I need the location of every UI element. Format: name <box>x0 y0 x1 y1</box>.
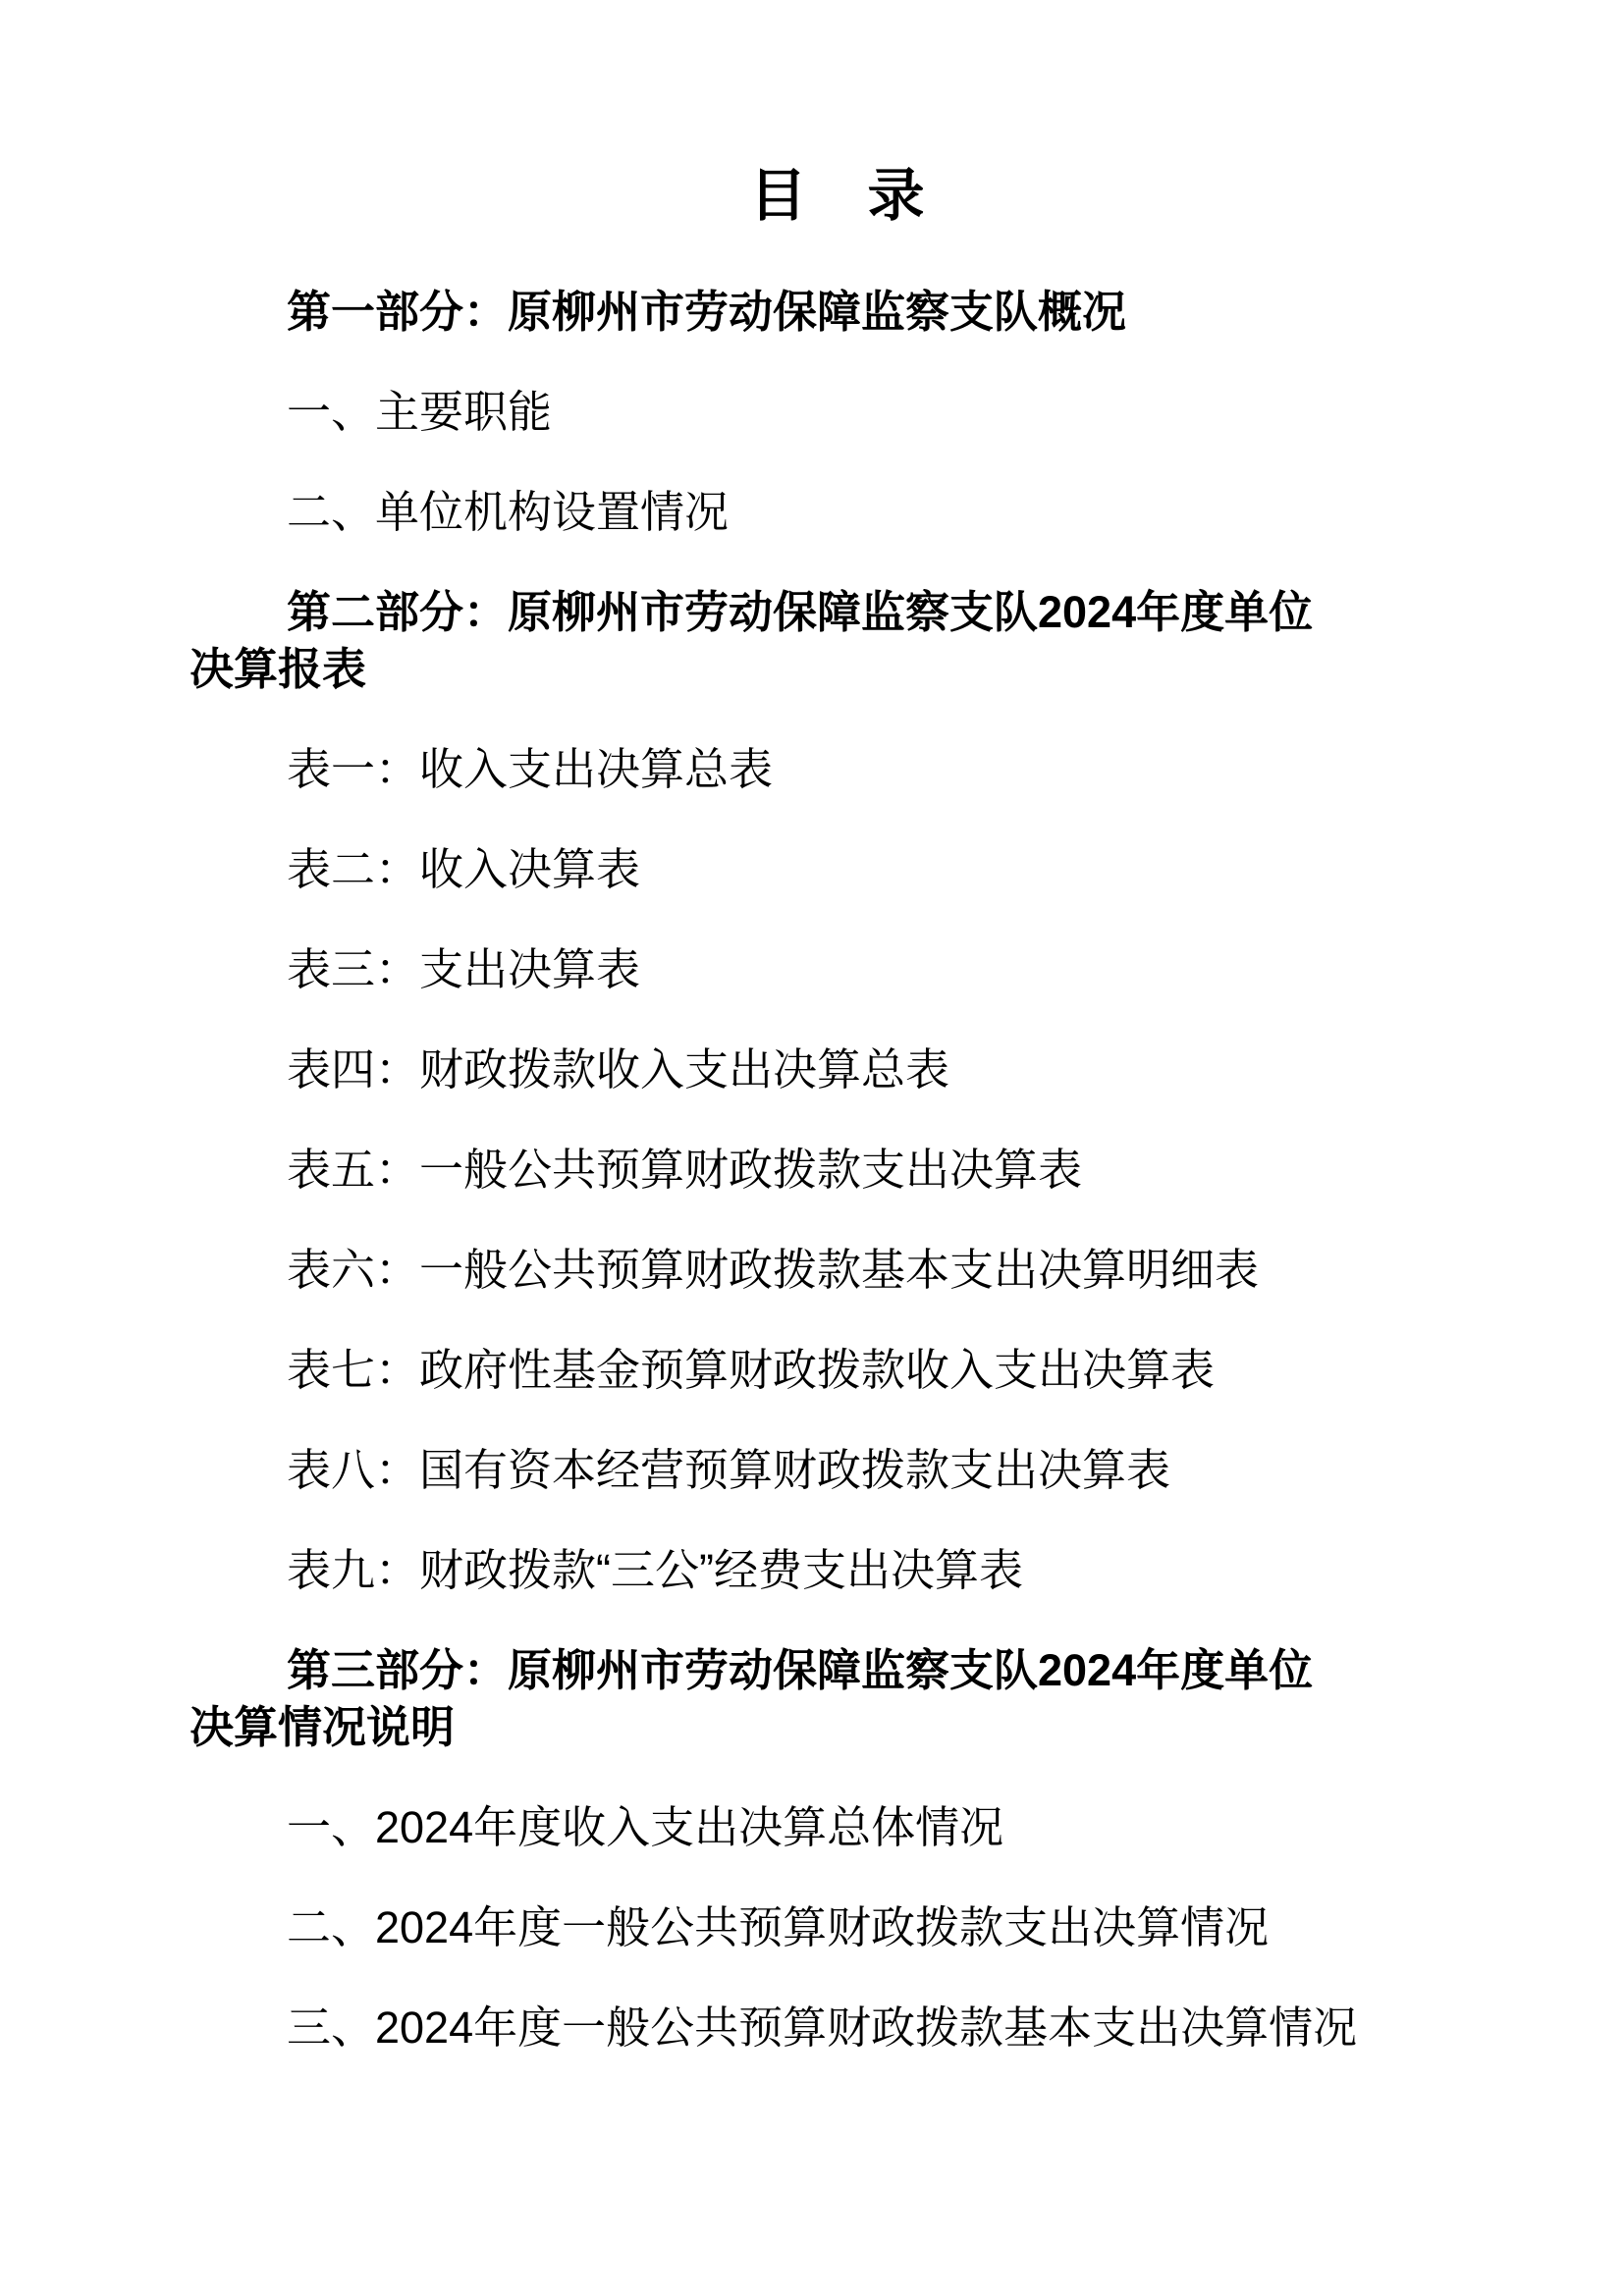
toc-part1-heading: 第一部分：原柳州市劳动保障监察支队概况 <box>189 284 1487 341</box>
toc-entry-table2: 表二：收入决算表 <box>189 841 1487 898</box>
toc-entry-table9: 表九：财政拨款“三公”经费支出决算表 <box>189 1542 1487 1599</box>
toc-entry-table1: 表一：收入支出决算总表 <box>189 741 1487 798</box>
toc-entry-table4: 表四：财政拨款收入支出决算总表 <box>189 1041 1487 1098</box>
page-title: 目 录 <box>189 162 1487 231</box>
toc-entry-table3: 表三：支出决算表 <box>189 941 1487 998</box>
toc-part2-heading: 第二部分：原柳州市劳动保障监察支队2024年度单位 决算报表 <box>189 584 1487 698</box>
toc-entry-basic-expenditure: 三、2024年度一般公共预算财政拨款基本支出决算情况 <box>189 2000 1487 2056</box>
toc-entry-table8: 表八：国有资本经营预算财政拨款支出决算表 <box>189 1442 1487 1499</box>
toc-entry-table6: 表六：一般公共预算财政拨款基本支出决算明细表 <box>189 1242 1487 1299</box>
toc-part3-heading: 第三部分：原柳州市劳动保障监察支队2024年度单位 决算情况说明 <box>189 1642 1487 1756</box>
toc-entry-table5: 表五：一般公共预算财政拨款支出决算表 <box>189 1142 1487 1199</box>
toc-entry-org-structure: 二、单位机构设置情况 <box>189 484 1487 541</box>
toc-document-page: 目 录 第一部分：原柳州市劳动保障监察支队概况 一、主要职能 二、单位机构设置情… <box>0 0 1624 2296</box>
toc-entry-main-functions: 一、主要职能 <box>189 384 1487 441</box>
toc-entry-overall-situation: 一、2024年度收入支出决算总体情况 <box>189 1799 1487 1856</box>
toc-entry-general-budget-expenditure: 二、2024年度一般公共预算财政拨款支出决算情况 <box>189 1899 1487 1956</box>
toc-entry-table7: 表七：政府性基金预算财政拨款收入支出决算表 <box>189 1342 1487 1399</box>
